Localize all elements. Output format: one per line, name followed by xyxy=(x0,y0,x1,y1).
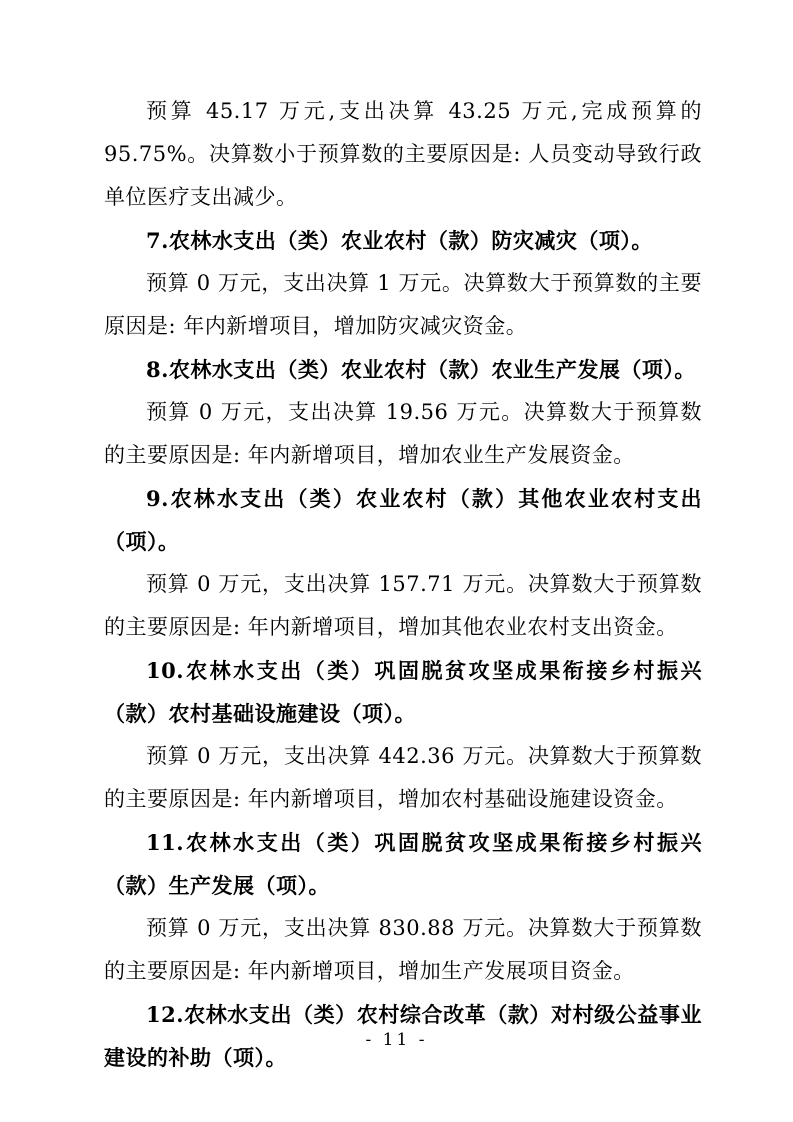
section-heading-8: 8.农林水支出（类）农业农村（款）农业生产发展（项）。 xyxy=(104,348,702,391)
budget-paragraph-agri-production: 预算 0 万元，支出决算 19.56 万元。决算数大于预算数的主要原因是: 年内… xyxy=(104,391,702,477)
page-number: - 11 - xyxy=(0,1028,793,1052)
budget-paragraph-disaster-relief: 预算 0 万元，支出决算 1 万元。决算数大于预算数的主要原因是: 年内新增项目… xyxy=(104,262,702,348)
section-heading-10: 10.农林水支出（类）巩固脱贫攻坚成果衔接乡村振兴（款）农村基础设施建设（项）。 xyxy=(104,649,702,735)
document-body: 预算 45.17 万元,支出决算 43.25 万元,完成预算的 95.75%。决… xyxy=(104,90,702,1079)
budget-paragraph-rural-infra: 预算 0 万元，支出决算 442.36 万元。决算数大于预算数的主要原因是: 年… xyxy=(104,735,702,821)
section-heading-7: 7.农林水支出（类）农业农村（款）防灾减灾（项）。 xyxy=(104,219,702,262)
budget-paragraph-production-dev: 预算 0 万元，支出决算 830.88 万元。决算数大于预算数的主要原因是: 年… xyxy=(104,907,702,993)
section-heading-9: 9.农林水支出（类）农业农村（款）其他农业农村支出（项）。 xyxy=(104,477,702,563)
budget-paragraph-medical: 预算 45.17 万元,支出决算 43.25 万元,完成预算的 95.75%。决… xyxy=(104,90,702,219)
budget-paragraph-other-agri: 预算 0 万元，支出决算 157.71 万元。决算数大于预算数的主要原因是: 年… xyxy=(104,563,702,649)
document-page: 预算 45.17 万元,支出决算 43.25 万元,完成预算的 95.75%。决… xyxy=(0,0,793,1122)
section-heading-11: 11.农林水支出（类）巩固脱贫攻坚成果衔接乡村振兴（款）生产发展（项）。 xyxy=(104,821,702,907)
